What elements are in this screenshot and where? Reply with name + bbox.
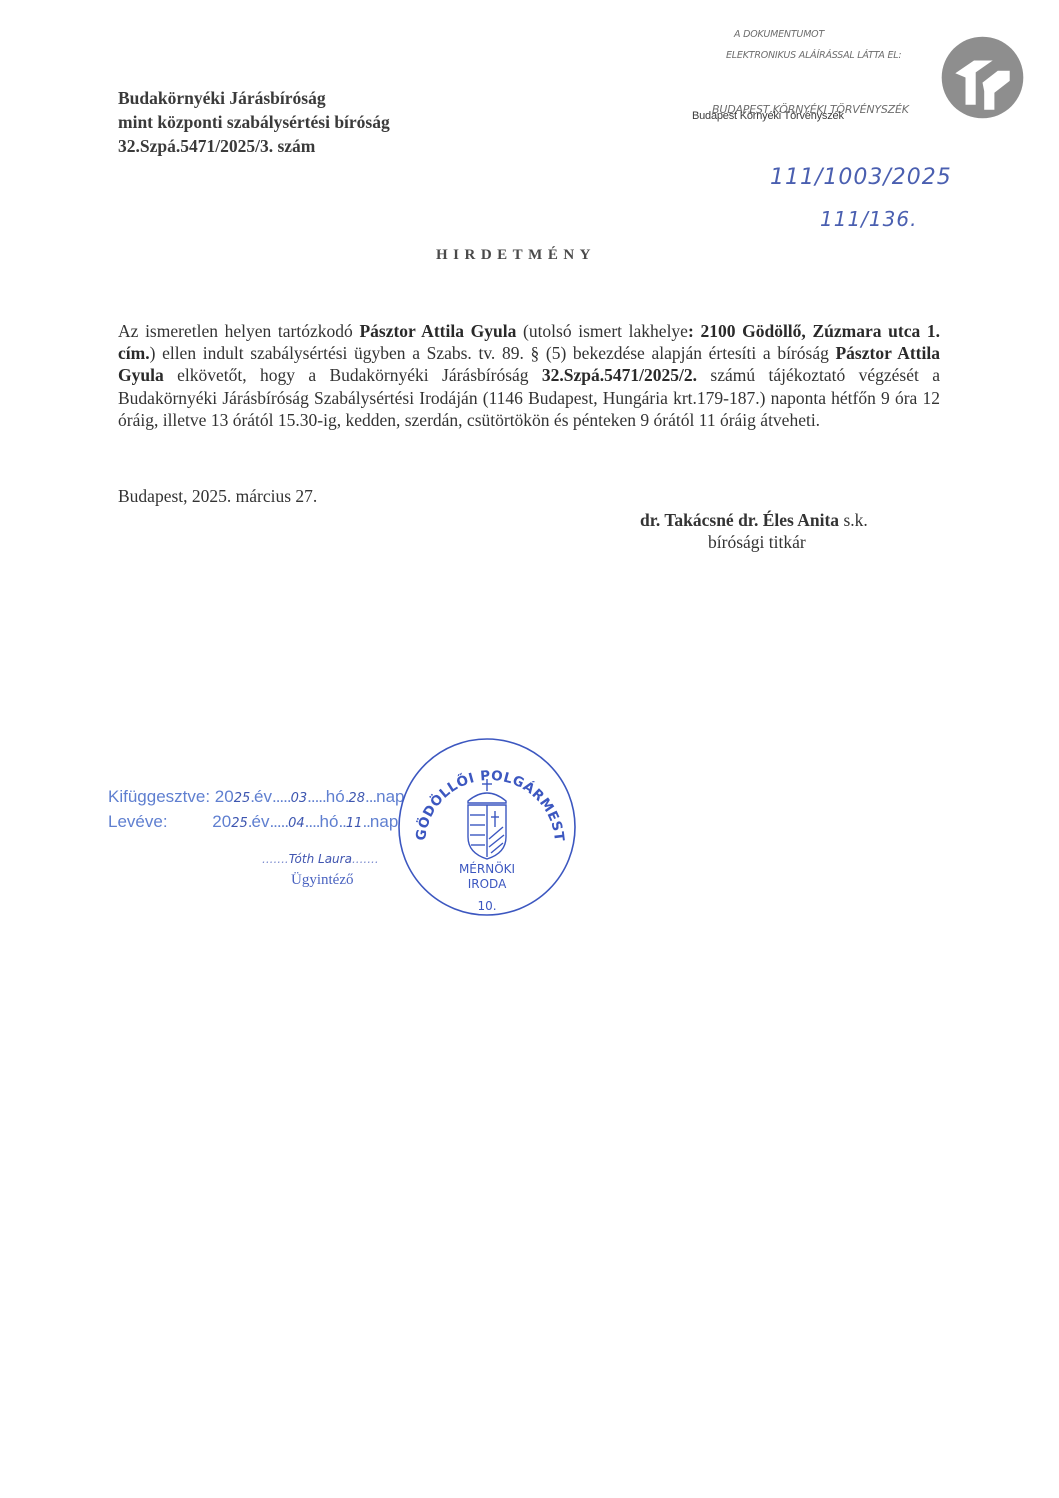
body-text-part: (utolsó ismert lakhelye [516, 321, 688, 341]
clerk-signature: .......Tóth Laura....... [262, 852, 379, 866]
clerk-signature-text: Tóth Laura [289, 852, 352, 866]
document-title: HIRDETMÉNY [436, 247, 596, 264]
court-header: Budakörnyéki Járásbíróság mint központi … [118, 86, 390, 158]
signer-name: dr. Takácsné dr. Éles Anita [640, 510, 839, 530]
body-text-part: elkövetőt, hogy a Budakörnyéki Járásbíró… [164, 365, 542, 385]
posting-stamp: Kifüggesztve: 2025.év.....03.....hó.28..… [108, 785, 405, 835]
posted-year: 25 [234, 791, 251, 806]
removed-label: Levéve: [108, 812, 168, 831]
posted-year-prefix: 20 [215, 787, 234, 806]
court-logo-icon [940, 35, 1025, 120]
body-text-part: ) ellen indult szabálysértési ügyben a S… [150, 343, 836, 363]
stamp-line2: IRODA [468, 877, 507, 891]
month-word: hó [320, 812, 339, 831]
removed-year: 25 [231, 816, 248, 831]
year-word: év [254, 787, 272, 806]
order-reference: 32.Szpá.5471/2025/2. [542, 365, 697, 385]
stamp-ring-text: GÖDÖLLŐI POLGÁRMESTER HIVATAL [395, 735, 567, 843]
notice-body: Az ismeretlen helyen tartózkodó Pásztor … [118, 320, 940, 431]
esign-line2: ELEKTRONIKUS ALÁÍRÁSSAL LÁTTA EL: [726, 50, 901, 61]
signer-line: dr. Takácsné dr. Éles Anita s.k. [640, 510, 868, 531]
handwritten-registry-number: 111/1003/2025 [770, 165, 952, 190]
esign-line1: A DOKUMENTUMOT [734, 29, 824, 40]
esign-signer: Budapest Környéki Törvényszék [692, 110, 844, 122]
signer-role: bírósági titkár [708, 532, 806, 553]
svg-text:GÖDÖLLŐI POLGÁRMESTER HIVATAL: GÖDÖLLŐI POLGÁRMESTER HIVATAL [395, 735, 567, 843]
date-line: Budapest, 2025. március 27. [118, 486, 317, 507]
removed-year-prefix: 20 [212, 812, 231, 831]
removed-month: 04 [288, 816, 305, 831]
offender-name: Pásztor Attila Gyula [359, 321, 516, 341]
posted-row: Kifüggesztve: 2025.év.....03.....hó.28..… [108, 785, 405, 810]
court-name: Budakörnyéki Járásbíróság [118, 86, 390, 110]
posted-label: Kifüggesztve: [108, 787, 210, 806]
month-word: hó [326, 787, 345, 806]
clerk-label: Ügyintéző [291, 872, 353, 889]
stamp-line1: MÉRNÖKI [459, 860, 515, 876]
hungarian-coat-of-arms-icon [468, 779, 506, 859]
removed-row: Levéve: 2025.év.....04....hó..11..nap [108, 810, 405, 835]
posted-day: 28 [348, 791, 365, 806]
posted-month: 03 [291, 791, 308, 806]
stamp-number: 10. [477, 899, 496, 913]
year-word: év [251, 812, 269, 831]
handwritten-sub-number: 111/136. [820, 207, 917, 231]
case-number: 32.Szpá.5471/2025/3. szám [118, 134, 390, 158]
signer-suffix: s.k. [839, 510, 868, 530]
removed-day: 11 [346, 816, 363, 831]
office-stamp: GÖDÖLLŐI POLGÁRMESTER HIVATAL MÉRNÖKI IR… [395, 735, 580, 920]
court-role: mint központi szabálysértési bíróság [118, 110, 390, 134]
body-text-part: Az ismeretlen helyen tartózkodó [118, 321, 359, 341]
